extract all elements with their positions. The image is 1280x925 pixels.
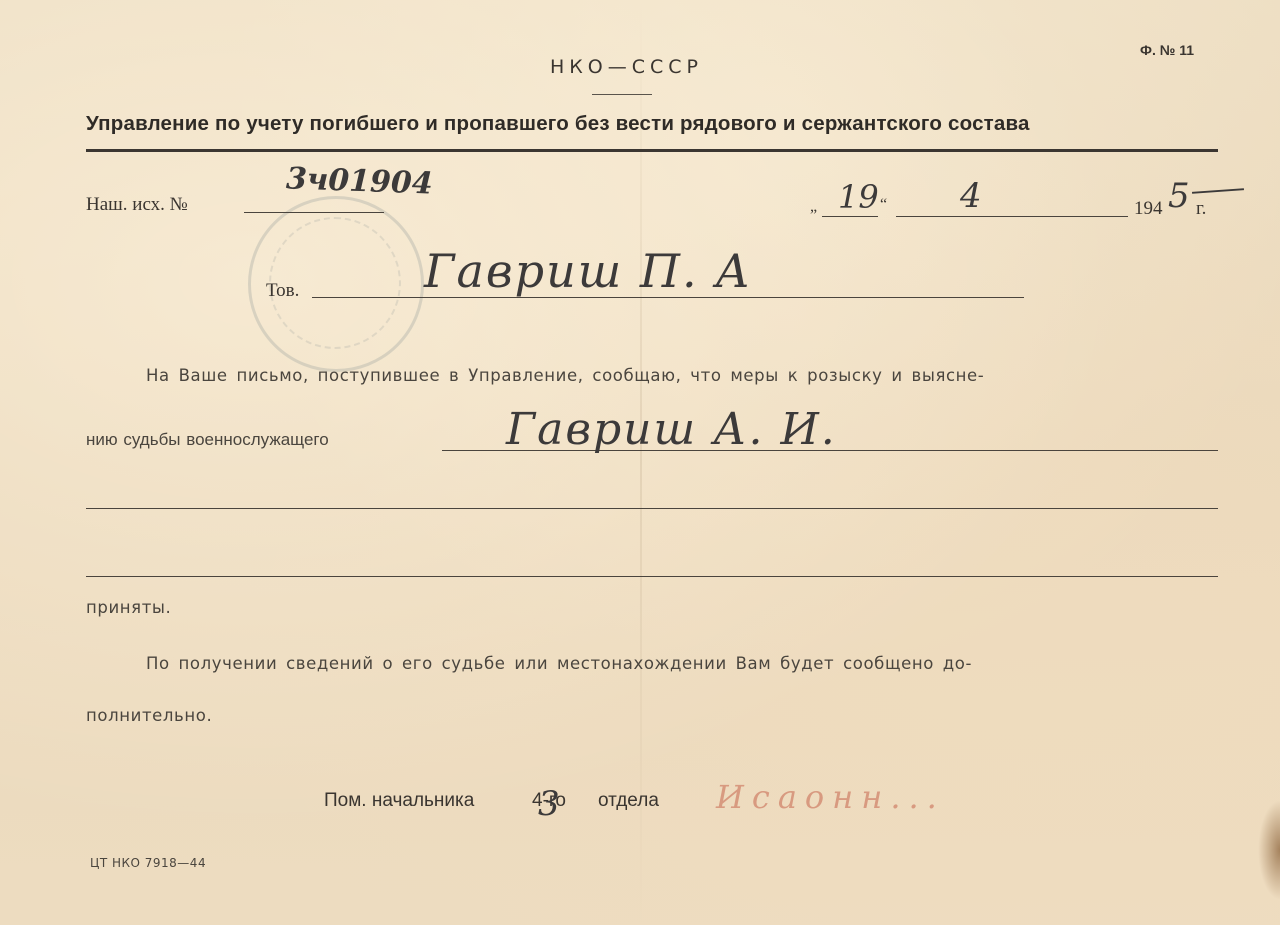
body-accepted: приняты. <box>86 598 171 617</box>
addressee-name-handwritten: Гавриш П. А <box>424 244 752 298</box>
date-year-stroke <box>1192 188 1244 194</box>
date-open-quote: „ <box>810 198 817 216</box>
outgoing-number-label: Наш. исх. № <box>86 194 188 216</box>
body-line-4: полнительно. <box>86 706 212 725</box>
body-line-2-prefix: нию судьбы военнослужащего <box>86 430 329 450</box>
signature-title-suffix: отдела <box>598 790 659 812</box>
body-line-1: На Ваше письмо, поступившее в Управление… <box>146 366 984 385</box>
serviceman-name-handwritten: Гавриш А. И. <box>506 404 837 455</box>
date-year-handwritten: 5 <box>1168 176 1190 216</box>
date-day-line <box>822 216 878 217</box>
signature-department-handwritten: 3 <box>538 784 560 824</box>
signature-red-ink: Исаонн... <box>716 778 945 816</box>
signature-title-prefix: Пом. начальника <box>324 790 474 812</box>
date-month-handwritten: 4 <box>960 176 982 216</box>
date-month-line <box>896 216 1128 217</box>
date-year-label: г. <box>1196 198 1206 220</box>
date-day-handwritten: 19 <box>838 178 879 216</box>
blank-line-2 <box>86 576 1218 577</box>
outgoing-number-line <box>244 212 384 213</box>
date-year-prefix: 194 <box>1134 198 1163 220</box>
document-paper: НКО—СССР Ф. № 11 Управление по учету пог… <box>0 0 1280 925</box>
addressee-label: Тов. <box>266 280 299 302</box>
department-title: Управление по учету погибшего и пропавше… <box>86 112 1030 136</box>
body-line-3: По получении сведений о его судьбе или м… <box>146 654 972 673</box>
form-number: Ф. № 11 <box>1140 42 1194 58</box>
outgoing-number-handwritten: 3ч01904 <box>285 161 433 201</box>
organization-underline <box>592 94 652 95</box>
paper-fold <box>640 0 642 925</box>
organization-title: НКО—СССР <box>550 56 703 78</box>
blank-line-1 <box>86 508 1218 509</box>
edge-stain <box>1258 800 1280 900</box>
date-close-quote: “ <box>880 196 887 214</box>
header-rule <box>86 149 1218 152</box>
print-code: ЦТ НКО 7918—44 <box>90 856 206 870</box>
